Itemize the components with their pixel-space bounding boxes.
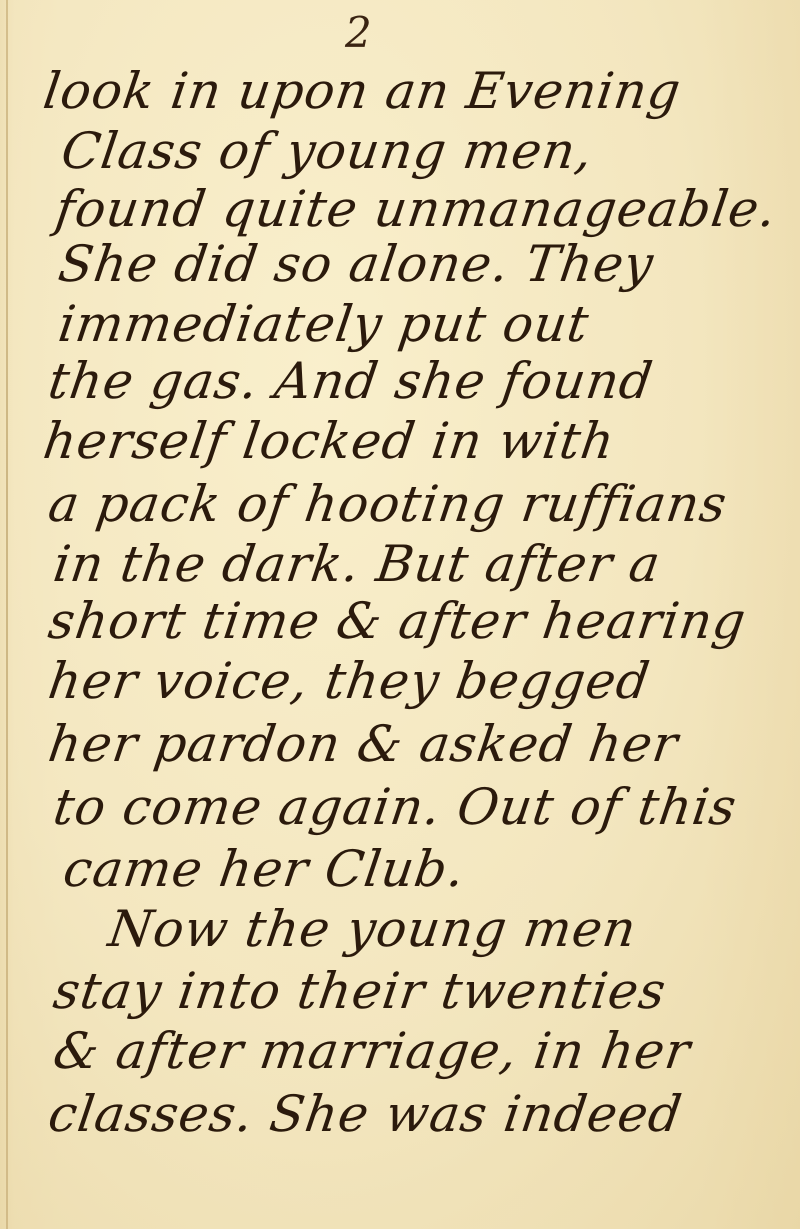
text-line: short time & after hearing	[45, 592, 750, 650]
text-line: herself locked in with	[40, 412, 619, 470]
page-edge	[6, 0, 8, 1229]
text-line: & after marriage, in her	[50, 1022, 694, 1080]
text-line: She did so alone. They	[55, 235, 658, 293]
text-line: Now the young men	[105, 900, 640, 958]
text-line: immediately put out	[55, 295, 593, 353]
text-line: stay into their twenties	[50, 962, 670, 1020]
text-line: in the dark. But after a	[50, 535, 664, 593]
text-line: her pardon & asked her	[45, 715, 682, 773]
text-line: found quite unmanageable.	[52, 180, 780, 238]
page-number: 2	[345, 8, 372, 57]
text-line: classes. She was indeed	[45, 1085, 686, 1143]
text-line: the gas. And she found	[45, 352, 657, 410]
text-line: a pack of hooting ruffians	[45, 475, 731, 533]
manuscript-page: 2 look in upon an Evening Class of young…	[0, 0, 800, 1229]
text-line: to come again. Out of this	[50, 778, 740, 836]
text-line: Class of young men,	[58, 122, 597, 180]
text-line: look in upon an Evening	[40, 62, 685, 120]
text-line: her voice, they begged	[45, 652, 654, 710]
text-line: came her Club.	[60, 840, 469, 898]
